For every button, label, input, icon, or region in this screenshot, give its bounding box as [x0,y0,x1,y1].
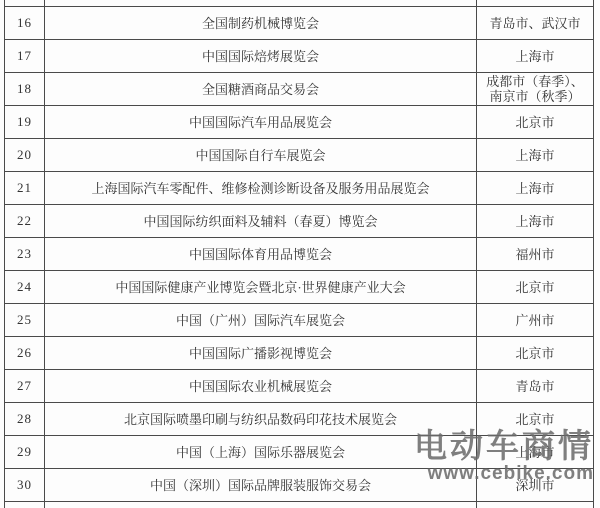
table-row: 18全国糖酒商品交易会成都市（春季）、 南京市（秋季） [5,73,594,106]
table-row: 29中国（上海）国际乐器展览会上海市 [5,436,594,469]
table-row: 26中国国际广播影视博览会北京市 [5,337,594,370]
host-city: 深圳市 [477,469,594,502]
row-number: 19 [5,106,45,139]
exhibition-name: 中国（广州）国际汽车展览会 [45,304,477,337]
row-number: 30 [5,469,45,502]
table-row: 20中国国际自行车展览会上海市 [5,139,594,172]
screenshot-root: 16全国制药机械博览会青岛市、武汉市17中国国际焙烤展览会上海市18全国糖酒商品… [0,0,600,508]
row-number: 22 [5,205,45,238]
host-city: 北京市 [477,271,594,304]
host-city: 青岛市 [477,370,594,403]
exhibition-name: 中国国际焙烤展览会 [45,40,477,73]
host-city: 广州市 [477,304,594,337]
exhibition-table: 16全国制药机械博览会青岛市、武汉市17中国国际焙烤展览会上海市18全国糖酒商品… [4,0,594,508]
exhibition-name: 上海国际汽车零配件、维修检测诊断设备及服务用品展览会 [45,172,477,205]
row-number: 24 [5,271,45,304]
host-city: 成都市（春季）、 南京市（秋季） [477,73,594,106]
exhibition-name: 中国国际健康产业博览会暨北京·世界健康产业大会 [45,271,477,304]
table-row: 21上海国际汽车零配件、维修检测诊断设备及服务用品展览会上海市 [5,172,594,205]
row-number: 26 [5,337,45,370]
row-number: 18 [5,73,45,106]
row-number: 17 [5,40,45,73]
table-row: 17中国国际焙烤展览会上海市 [5,40,594,73]
table-row: 16全国制药机械博览会青岛市、武汉市 [5,7,594,40]
partial-cell [45,502,477,508]
exhibition-name: 中国国际广播影视博览会 [45,337,477,370]
host-city: 上海市 [477,436,594,469]
exhibition-name: 全国制药机械博览会 [45,7,477,40]
table-row: 28北京国际喷墨印刷与纺织品数码印花技术展览会北京市 [5,403,594,436]
host-city: 北京市 [477,403,594,436]
exhibition-name: 中国（深圳）国际品牌服装服饰交易会 [45,469,477,502]
table-row: 24中国国际健康产业博览会暨北京·世界健康产业大会北京市 [5,271,594,304]
partial-cell [5,502,45,508]
host-city: 青岛市、武汉市 [477,7,594,40]
host-city: 北京市 [477,106,594,139]
row-number: 21 [5,172,45,205]
exhibition-name: 中国国际体育用品博览会 [45,238,477,271]
exhibition-name: 中国（上海）国际乐器展览会 [45,436,477,469]
row-number: 20 [5,139,45,172]
host-city: 上海市 [477,172,594,205]
host-city: 福州市 [477,238,594,271]
row-number: 23 [5,238,45,271]
host-city: 上海市 [477,139,594,172]
partial-cell [477,502,594,508]
exhibition-name: 全国糖酒商品交易会 [45,73,477,106]
table-row: 27中国国际农业机械展览会青岛市 [5,370,594,403]
exhibition-name: 中国国际自行车展览会 [45,139,477,172]
table-row: 23中国国际体育用品博览会福州市 [5,238,594,271]
row-number: 28 [5,403,45,436]
host-city: 上海市 [477,40,594,73]
host-city: 上海市 [477,205,594,238]
row-number: 16 [5,7,45,40]
exhibition-name: 中国国际纺织面料及辅料（春夏）博览会 [45,205,477,238]
exhibition-name: 中国国际农业机械展览会 [45,370,477,403]
table-row: 22中国国际纺织面料及辅料（春夏）博览会上海市 [5,205,594,238]
row-number: 27 [5,370,45,403]
row-number: 25 [5,304,45,337]
row-number: 29 [5,436,45,469]
table-row: 25中国（广州）国际汽车展览会广州市 [5,304,594,337]
partial-row [5,502,594,508]
table-row: 30中国（深圳）国际品牌服装服饰交易会深圳市 [5,469,594,502]
exhibition-table-body: 16全国制药机械博览会青岛市、武汉市17中国国际焙烤展览会上海市18全国糖酒商品… [5,0,594,508]
exhibition-name: 中国国际汽车用品展览会 [45,106,477,139]
host-city: 北京市 [477,337,594,370]
table-row: 19中国国际汽车用品展览会北京市 [5,106,594,139]
exhibition-name: 北京国际喷墨印刷与纺织品数码印花技术展览会 [45,403,477,436]
